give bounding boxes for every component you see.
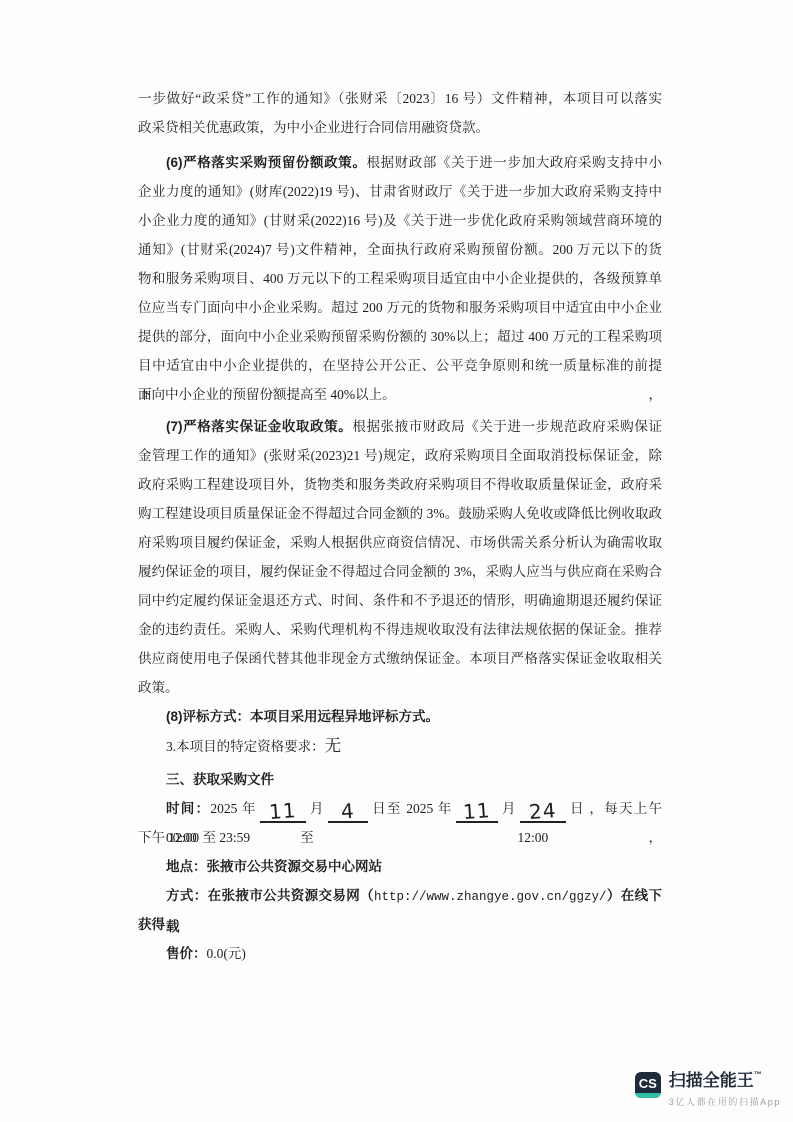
- doc-line: 履约保证金的项目，履约保证金不得超过合同金额的 3%，采购人应当与供应商在采购合: [138, 557, 662, 586]
- doc-text: 无: [325, 736, 342, 755]
- doc-text: 日至 2025 年: [371, 801, 453, 816]
- doc-text: 下午 12:00 至 23:59: [138, 830, 250, 845]
- doc-line: 通知》(甘财采(2024)7 号)文件精神，全面执行政府采购预留份额。200 万…: [138, 235, 662, 264]
- doc-line: 物和服务采购项目、400 万元以下的工程采购项目适宜由中小企业提供的，各级预算单: [138, 264, 662, 293]
- doc-text: 同中约定履约保证金退还方式、时间、条件和不予退还的情形，明确逾期退还履约保证: [138, 593, 662, 608]
- doc-text: 在张掖市公共资源交易网（: [208, 888, 374, 903]
- handwritten-number: 11: [268, 800, 297, 822]
- camscanner-text-block: 扫描全能王™ 3亿人都在用的扫描App: [669, 1070, 781, 1108]
- doc-line: 时间：2025 年11月4日至 2025 年11月24日 ，每天上午 00:00…: [138, 794, 662, 823]
- trademark-symbol: ™: [754, 1070, 762, 1079]
- doc-text: 本项目采用远程异地评标方式。: [250, 709, 439, 724]
- doc-text: 售价：: [166, 946, 207, 961]
- handwritten-blank-underline: 4: [328, 797, 368, 823]
- doc-text: 获得: [138, 917, 165, 932]
- doc-line: (8)评标方式：本项目采用远程异地评标方式。: [138, 702, 662, 731]
- doc-text: 根据张掖市财政局《关于进一步规范政府采购保证: [352, 419, 662, 434]
- doc-text: 月: [309, 801, 325, 816]
- doc-text: (6)严格落实采购预留份额政策。: [166, 155, 366, 170]
- doc-line: 目中适宜由中小企业提供的，在坚持公开公正、公平竞争原则和统一质量标准的前提下，: [138, 351, 662, 380]
- doc-text: 三、获取采购文件: [166, 772, 274, 787]
- doc-line: 地点：张掖市公共资源交易中心网站: [138, 852, 662, 881]
- doc-text: 政府采购工程建设项目外，货物类和服务类政府采购项目不得收取质量保证金，政府采: [138, 477, 662, 492]
- doc-text: 金管理工作的通知》(张财采(2023)21 号)规定，政府采购项目全面取消投标保…: [138, 448, 662, 463]
- doc-line: 方式：在张掖市公共资源交易网（http://www.zhangye.gov.cn…: [138, 881, 662, 910]
- camscanner-brand-name: 扫描全能王: [669, 1071, 754, 1090]
- doc-line: (6)严格落实采购预留份额政策。根据财政部《关于进一步加大政府采购支持中小: [138, 148, 662, 177]
- doc-line: 小企业力度的通知》(甘财采(2022)16 号)及《关于进一步优化政府采购领域营…: [138, 206, 662, 235]
- handwritten-number: 11: [462, 800, 491, 822]
- doc-text: 政策。: [138, 680, 179, 695]
- camscanner-icon: CS: [635, 1072, 661, 1098]
- doc-text: 月: [501, 801, 517, 816]
- camscanner-tagline: 3亿人都在用的扫描App: [669, 1095, 781, 1108]
- doc-text: 通知》(甘财采(2024)7 号)文件精神，全面执行政府采购预留份额。200 万…: [138, 242, 662, 257]
- doc-text: 履约保证金的项目，履约保证金不得超过合同金额的 3%，采购人应当与供应商在采购合: [138, 564, 662, 579]
- camscanner-watermark: CS 扫描全能王™ 3亿人都在用的扫描App: [635, 1070, 781, 1108]
- doc-text: 0.0(元): [207, 946, 246, 961]
- doc-line: 售价：0.0(元): [138, 939, 662, 968]
- doc-text: 面向中小企业的预留份额提高至 40%以上。: [138, 387, 396, 402]
- doc-text: 购工程建设项目质量保证金不得超过合同金额的 3%。鼓励采购人免收或降低比例收取政: [138, 506, 662, 521]
- doc-line: 金的违约责任。采购人、采购代理机构不得违规收取没有法律法规依据的保证金。推荐: [138, 615, 662, 644]
- camscanner-brand: 扫描全能王™: [669, 1070, 781, 1092]
- doc-line: 政采贷相关优惠政策，为中小企业进行合同信用融资贷款。: [138, 113, 662, 142]
- camscanner-icon-letters: CS: [639, 1076, 657, 1091]
- doc-line: 同中约定履约保证金退还方式、时间、条件和不予退还的情形，明确逾期退还履约保证: [138, 586, 662, 615]
- doc-line: (7)严格落实保证金收取政策。根据张掖市财政局《关于进一步规范政府采购保证: [138, 412, 662, 441]
- doc-line: 府采购项目履约保证金，采购人根据供应商资信情况、市场供需关系分析认为确需收取: [138, 528, 662, 557]
- doc-line: 提供的部分，面向中小企业采购预留采购份额的 30%以上；超过 400 万元的工程…: [138, 322, 662, 351]
- doc-text: 时间：: [166, 801, 210, 816]
- doc-line: 政策。: [138, 673, 662, 702]
- doc-text: 3.本项目的特定资格要求：: [166, 739, 325, 754]
- doc-line: 企业力度的通知》(财库(2022)19 号)、甘肃省财政厅《关于进一步加大政府采…: [138, 177, 662, 206]
- scanned-document-body: 一步做好“政采贷”工作的通知》（张财采〔2023〕16 号）文件精神，本项目可以…: [138, 84, 662, 968]
- doc-text: 地点：: [166, 859, 207, 874]
- doc-line: 3.本项目的特定资格要求：无: [138, 731, 662, 760]
- doc-line: 供应商使用电子保函代替其他非现金方式缴纳保证金。本项目严格落实保证金收取相关: [138, 644, 662, 673]
- doc-text: 小企业力度的通知》(甘财采(2022)16 号)及《关于进一步优化政府采购领域营…: [138, 213, 662, 228]
- doc-text: 供应商使用电子保函代替其他非现金方式缴纳保证金。本项目严格落实保证金收取相关: [138, 651, 662, 666]
- doc-text: 根据财政部《关于进一步加大政府采购支持中小: [366, 155, 662, 170]
- doc-text: (8)评标方式：: [166, 709, 250, 724]
- doc-text: 物和服务采购项目、400 万元以下的工程采购项目适宜由中小企业提供的，各级预算单: [138, 271, 662, 286]
- doc-line: 一步做好“政采贷”工作的通知》（张财采〔2023〕16 号）文件精神，本项目可以…: [138, 84, 662, 113]
- doc-text: 方式：: [166, 888, 208, 903]
- doc-text: 提供的部分，面向中小企业采购预留采购份额的 30%以上；超过 400 万元的工程…: [138, 329, 662, 344]
- doc-line: 政府采购工程建设项目外，货物类和服务类政府采购项目不得收取质量保证金，政府采: [138, 470, 662, 499]
- doc-line: 购工程建设项目质量保证金不得超过合同金额的 3%。鼓励采购人免收或降低比例收取政: [138, 499, 662, 528]
- handwritten-blank-underline: 24: [520, 797, 566, 823]
- doc-text: http://www.zhangye.gov.cn/ggzy/: [374, 890, 607, 904]
- doc-text: 府采购项目履约保证金，采购人根据供应商资信情况、市场供需关系分析认为确需收取: [138, 535, 662, 550]
- doc-line: 三、获取采购文件: [138, 765, 662, 794]
- doc-text: (7)严格落实保证金收取政策。: [166, 419, 352, 434]
- handwritten-number: 24: [528, 800, 557, 822]
- doc-line: 位应当专门面向中小企业采购。超过 200 万元的货物和服务采购项目中适宜由中小企…: [138, 293, 662, 322]
- doc-line: 金管理工作的通知》(张财采(2023)21 号)规定，政府采购项目全面取消投标保…: [138, 441, 662, 470]
- doc-text: 一步做好“政采贷”工作的通知》（张财采〔2023〕16 号）文件精神，本项目可以…: [138, 91, 662, 106]
- handwritten-blank-underline: 11: [456, 797, 498, 823]
- doc-text: 金的违约责任。采购人、采购代理机构不得违规收取没有法律法规依据的保证金。推荐: [138, 622, 662, 637]
- doc-text: 位应当专门面向中小企业采购。超过 200 万元的货物和服务采购项目中适宜由中小企…: [138, 300, 662, 315]
- doc-text: 企业力度的通知》(财库(2022)19 号)、甘肃省财政厅《关于进一步加大政府采…: [138, 184, 662, 199]
- doc-text: 政采贷相关优惠政策，为中小企业进行合同信用融资贷款。: [138, 120, 489, 135]
- doc-text: 2025 年: [210, 801, 256, 816]
- handwritten-number: 4: [340, 801, 355, 822]
- handwritten-blank-underline: 11: [260, 797, 306, 823]
- doc-text: 张掖市公共资源交易中心网站: [207, 859, 383, 874]
- doc-line: 获得: [138, 910, 662, 939]
